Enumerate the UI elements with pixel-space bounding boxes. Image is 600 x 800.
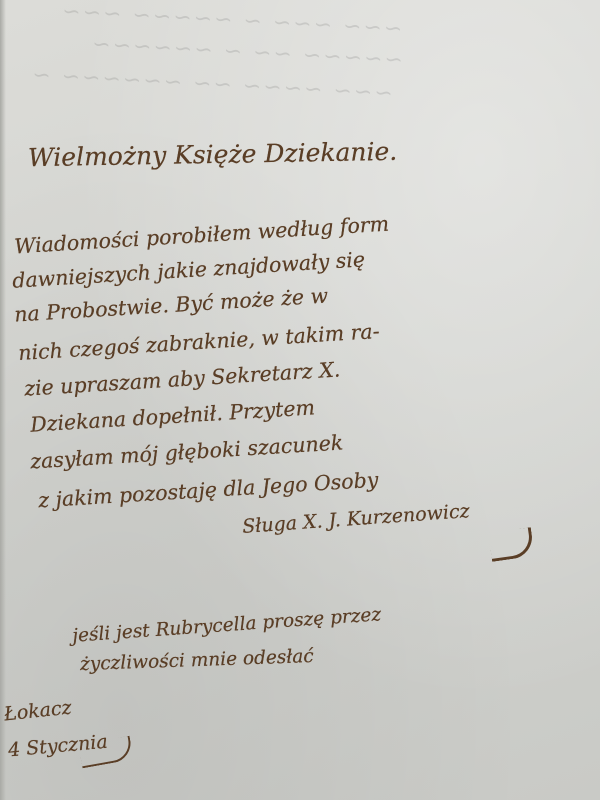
salutation: Wielmożny Księże Dziekanie. (28, 137, 398, 172)
body-line: zasyłam mój głęboki szacunek (30, 430, 344, 473)
letter-page: ~~~ ~~~ ~ ~~~~~ ~~~ ~~~~~ ~~ ~ ~~~~~~ ~~… (0, 0, 600, 800)
body-line: na Probostwie. Być może że w (14, 283, 329, 326)
signature: Sługa X. J. Kurzenowicz (242, 500, 471, 538)
body-line: z jakim pozostaję dla Jego Osoby (38, 468, 379, 513)
page-edge-shadow (0, 0, 6, 800)
postscript-line: życzliwości mnie odesłać (80, 646, 314, 675)
body-line: zie upraszam aby Sekretarz X. (24, 357, 341, 400)
body-line: Dziekana dopełnił. Przytem (30, 395, 316, 436)
signature-flourish-icon (488, 527, 535, 562)
place-name: Łokacz (3, 697, 73, 726)
postscript-line: jeśli jest Rubrycella proszę przez (72, 604, 382, 647)
